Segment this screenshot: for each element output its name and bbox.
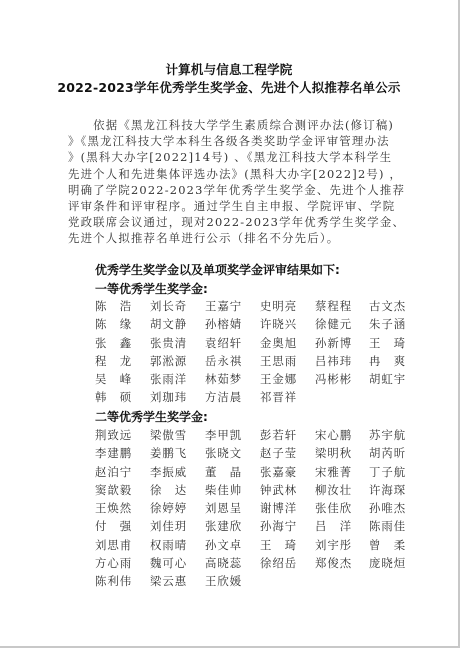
- intro-line: 明确了学院2022-2023学年优秀学生奖学金、先进个人推荐: [68, 182, 360, 198]
- student-name: 宋雅菁: [315, 464, 352, 480]
- student-name: 刘长奇: [150, 298, 187, 314]
- student-name: 郭淞源: [150, 353, 187, 369]
- student-name: 荆致远: [95, 427, 132, 443]
- student-name: 吴 峰: [95, 371, 132, 387]
- student-name: 方洁晨: [205, 389, 242, 405]
- student-name: 刘恩呈: [205, 500, 242, 516]
- intro-line: 党政联席会议通过，现对2022-2023学年优秀学生奖学金、: [68, 214, 360, 230]
- student-name: 付 强: [95, 518, 132, 534]
- page-title: 计算机与信息工程学院: [0, 60, 458, 78]
- student-name: 朱子涵: [369, 316, 406, 332]
- student-name: 柳汝壮: [315, 482, 352, 498]
- student-name: 丁子航: [369, 464, 406, 480]
- student-name: 刘宇彤: [315, 537, 352, 553]
- student-name: 王思雨: [260, 353, 297, 369]
- student-name: 孙文卓: [205, 537, 242, 553]
- student-name: 张嘉豪: [260, 464, 297, 480]
- student-name: 吕 洋: [315, 518, 352, 534]
- student-name: 岳永祺: [205, 353, 242, 369]
- student-name: 吕祎玮: [315, 353, 352, 369]
- intro-line: 依据《黑龙江科技大学学生素质综合测评办法(修订稿): [68, 117, 360, 133]
- student-name: 冉 爽: [369, 353, 406, 369]
- student-name: 胡文静: [150, 316, 187, 332]
- intro-line: 先进个人拟推荐名单进行公示（排名不分先后）。: [68, 230, 360, 246]
- student-name: 李甲凯: [205, 427, 242, 443]
- student-name: 谢博洋: [260, 500, 297, 516]
- student-name: 徐健元: [315, 316, 352, 332]
- student-name: 古文杰: [369, 298, 406, 314]
- document-page: 计算机与信息工程学院 2022-2023学年优秀学生奖学金、先进个人拟推荐名单公…: [0, 0, 460, 648]
- intro-line: 》(黑科大办字[2022]14号) 、《黑龙江科技大学本科学生: [68, 149, 360, 165]
- student-name: 袁绍轩: [205, 335, 242, 351]
- student-name: 庞晓烜: [369, 555, 406, 571]
- page-subtitle: 2022-2023学年优秀学生奖学金、先进个人拟推荐名单公示: [0, 78, 458, 96]
- student-name: 胡虹宇: [369, 371, 406, 387]
- student-name: 林茹梦: [205, 371, 242, 387]
- student-name: 祁晋祥: [260, 389, 297, 405]
- student-name: 陈 浩: [95, 298, 132, 314]
- student-name: 刘佳玥: [150, 518, 187, 534]
- student-name: 徐 达: [150, 482, 187, 498]
- student-name: 郑俊杰: [315, 555, 352, 571]
- student-name: 王欣媛: [205, 573, 242, 589]
- student-name: 孙榕婧: [205, 316, 242, 332]
- student-name: 许晓兴: [260, 316, 297, 332]
- student-name: 金奥旭: [260, 335, 297, 351]
- student-name: 王嘉宁: [205, 298, 242, 314]
- student-name: 刘思甫: [95, 537, 132, 553]
- student-name: 徐绍岳: [260, 555, 297, 571]
- student-name: 许海琛: [369, 482, 406, 498]
- student-name: 梁云惠: [150, 573, 187, 589]
- student-name: 柴佳帅: [205, 482, 242, 498]
- student-name: 梁明秋: [315, 445, 352, 461]
- student-name: 赵子莹: [260, 445, 297, 461]
- student-name: 胡芮昕: [369, 445, 406, 461]
- intro-line: 先进个人和先进集体评选办法》(黑科大办字[2022]2号) ，: [68, 166, 360, 182]
- student-name: 孙唯杰: [369, 500, 406, 516]
- student-name: 窦歆毅: [95, 482, 132, 498]
- student-name: 王 琦: [260, 537, 297, 553]
- student-name: 梁傲雪: [150, 427, 187, 443]
- student-name: 董 晶: [205, 464, 242, 480]
- student-name: 陈利伟: [95, 573, 132, 589]
- student-name: 姜鹏飞: [150, 445, 187, 461]
- results-heading: 优秀学生奖学金以及单项奖学金评审结果如下:: [95, 261, 340, 278]
- student-name: 孙新博: [315, 335, 352, 351]
- student-name: 冯彬彬: [315, 371, 352, 387]
- student-name: 张 鑫: [95, 335, 132, 351]
- student-name: 刘珈玮: [150, 389, 187, 405]
- student-name: 张晓文: [205, 445, 242, 461]
- student-name: 徐婷婷: [150, 500, 187, 516]
- student-name: 钟武林: [260, 482, 297, 498]
- student-name: 张雨洋: [150, 371, 187, 387]
- student-name: 张贵清: [150, 335, 187, 351]
- student-name: 蔡程程: [315, 298, 352, 314]
- student-name: 权雨晴: [150, 537, 187, 553]
- student-name: 方心雨: [95, 555, 132, 571]
- intro-line: 》《黑龙江科技大学本科生各级各类奖助学金评审管理办法: [68, 133, 360, 149]
- intro-paragraph: 依据《黑龙江科技大学学生素质综合测评办法(修订稿) 》《黑龙江科技大学本科生各级…: [68, 117, 360, 247]
- student-name: 高晓蕊: [205, 555, 242, 571]
- student-name: 韩 硕: [95, 389, 132, 405]
- intro-line: 评审条件和评审程序。通过学生自主申报、学院评审、学院: [68, 198, 360, 214]
- student-name: 王金娜: [260, 371, 297, 387]
- student-name: 史明亮: [260, 298, 297, 314]
- student-name: 苏宇航: [369, 427, 406, 443]
- student-name: 张建欣: [205, 518, 242, 534]
- student-name: 陈 缘: [95, 316, 132, 332]
- student-name: 彭若轩: [260, 427, 297, 443]
- student-name: 程 龙: [95, 353, 132, 369]
- student-name: 李建鹏: [95, 445, 132, 461]
- student-name: 宋心鹏: [315, 427, 352, 443]
- student-name: 陈雨佳: [369, 518, 406, 534]
- student-name: 孙海宁: [260, 518, 297, 534]
- second-class-heading: 二等优秀学生奖学金:: [95, 408, 208, 425]
- student-name: 李振威: [150, 464, 187, 480]
- student-name: 魏可心: [150, 555, 187, 571]
- student-name: 王 琦: [369, 335, 406, 351]
- first-class-heading: 一等优秀学生奖学金:: [95, 280, 208, 297]
- student-name: 赵泊宁: [95, 464, 132, 480]
- student-name: 张佳欣: [315, 500, 352, 516]
- student-name: 王焕然: [95, 500, 132, 516]
- student-name: 曾 柔: [369, 537, 406, 553]
